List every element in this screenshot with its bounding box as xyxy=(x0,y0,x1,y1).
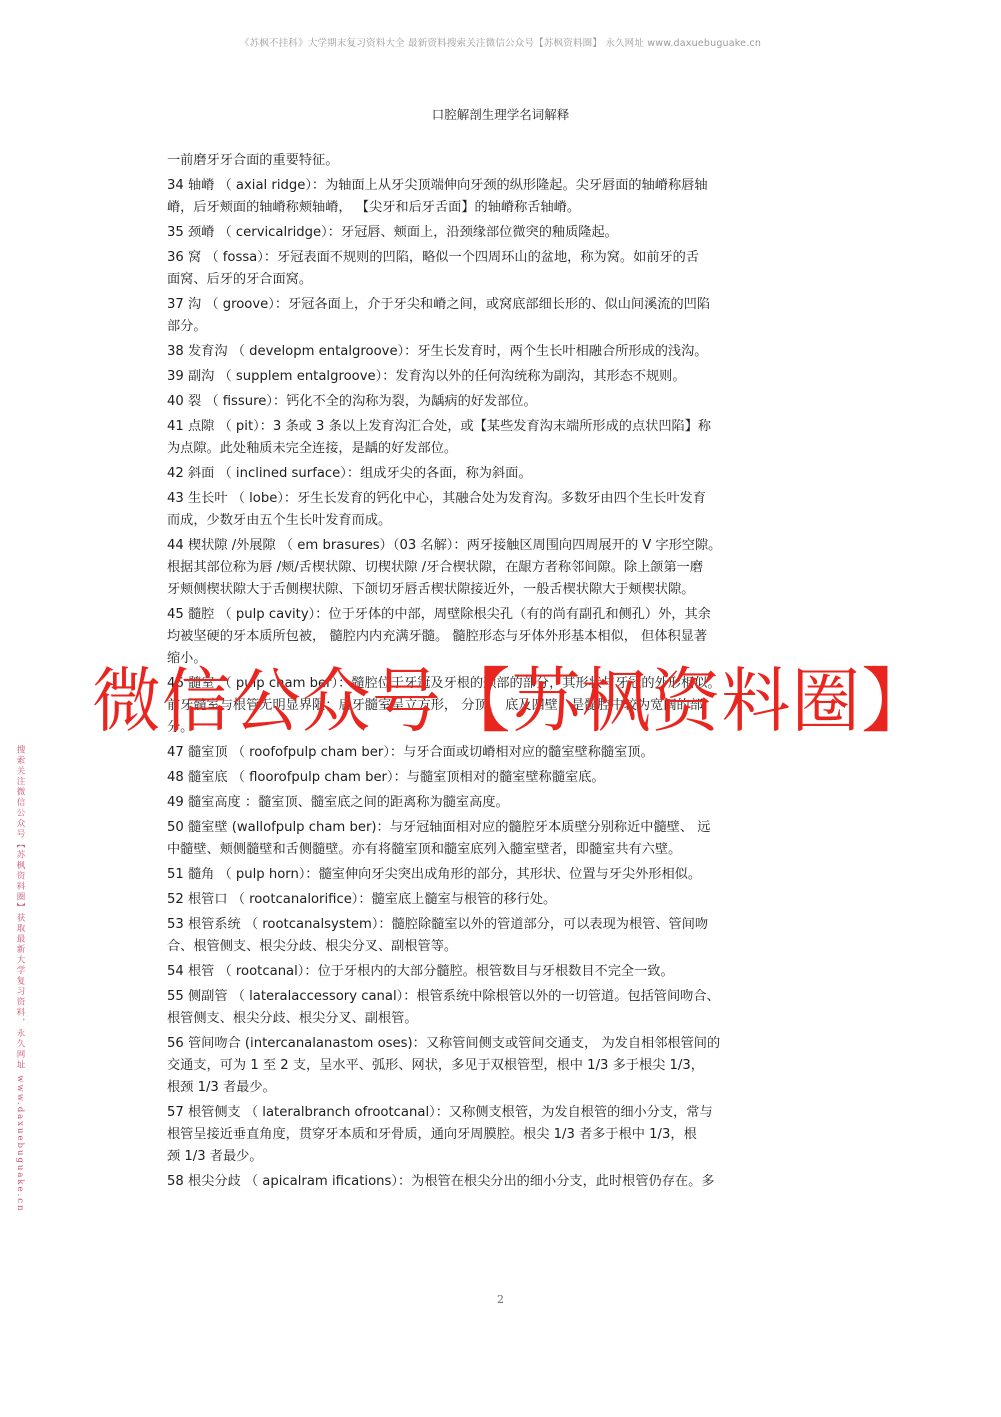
entry-line: 57 根管侧支 （ lateralbranch ofrootcanal）：又称侧… xyxy=(167,1102,847,1124)
entry-line: 颈 1/3 者最少。 xyxy=(167,1146,847,1168)
glossary-entry: 51 髓角 （ pulp horn）：髓室伸向牙尖突出成角形的部分，其形状、位置… xyxy=(167,864,847,886)
red-watermark: 微信公众号【苏枫资料圈】 xyxy=(92,660,880,742)
glossary-entry: 55 侧副管 （ lateralaccessory canal）：根管系统中除根… xyxy=(167,986,847,1030)
entry-line: 面窝、后牙的牙合面窝。 xyxy=(167,269,847,291)
entry-line: 根管呈接近垂直角度，贯穿牙本质和牙骨质，通向牙周膜腔。根尖 1/3 者多于根中 … xyxy=(167,1124,847,1146)
entry-line: 嵴，后牙颊面的轴嵴称颊轴嵴， 【尖牙和后牙舌面】的轴嵴称舌轴嵴。 xyxy=(167,197,847,219)
entry-line: 部分。 xyxy=(167,316,847,338)
page-number: 2 xyxy=(0,1293,1001,1306)
entry-line: 45 髓腔 （ pulp cavity）：位于牙体的中部，周壁除根尖孔（有的尚有… xyxy=(167,604,847,626)
glossary-entry: 34 轴嵴 （ axial ridge）：为轴面上从牙尖顶端伸向牙颈的纵形隆起。… xyxy=(167,175,847,219)
glossary-entry: 40 裂 （ fissure）：钙化不全的沟称为裂，为龋病的好发部位。 xyxy=(167,391,847,413)
glossary-entry: 38 发育沟 （ developm entalgroove）：牙生长发育时，两个… xyxy=(167,341,847,363)
entry-line: 35 颈嵴 （ cervicalridge）：牙冠唇、颊面上，沿颈缘部位微突的釉… xyxy=(167,222,847,244)
entry-line: 37 沟 （ groove）：牙冠各面上，介于牙尖和嵴之间，或窝底部细长形的、似… xyxy=(167,294,847,316)
entry-line: 36 窝 （ fossa）：牙冠表面不规则的凹陷，略似一个四周环山的盆地，称为窝… xyxy=(167,247,847,269)
glossary-entry: 54 根管 （ rootcanal）：位于牙根内的大部分髓腔。根管数目与牙根数目… xyxy=(167,961,847,983)
document-title: 口腔解剖生理学名词解释 xyxy=(0,105,1001,123)
entry-line: 49 髓室高度 ：髓室顶、髓室底之间的距离称为髓室高度。 xyxy=(167,792,847,814)
entry-line: 中髓壁、颊侧髓壁和舌侧髓壁。亦有将髓室顶和髓室底列入髓室壁者，即髓室共有六壁。 xyxy=(167,839,847,861)
entry-line: 均被坚硬的牙本质所包被， 髓腔内内充满牙髓。 髓腔形态与牙体外形基本相似， 但体… xyxy=(167,626,847,648)
glossary-entry: 47 髓室顶 （ roofofpulp cham ber）：与牙合面或切嵴相对应… xyxy=(167,742,847,764)
entry-line: 41 点隙 （ pit）：3 条或 3 条以上发育沟汇合处，或【某些发育沟末端所… xyxy=(167,416,847,438)
entry-line: 51 髓角 （ pulp horn）：髓室伸向牙尖突出成角形的部分，其形状、位置… xyxy=(167,864,847,886)
glossary-entry: 一前磨牙牙合面的重要特征。 xyxy=(167,150,847,172)
entry-line: 根管侧支、根尖分歧、根尖分叉、副根管。 xyxy=(167,1008,847,1030)
glossary-entry: 37 沟 （ groove）：牙冠各面上，介于牙尖和嵴之间，或窝底部细长形的、似… xyxy=(167,294,847,338)
entry-line: 43 生长叶 （ lobe）：牙生长发育的钙化中心，其融合处为发育沟。多数牙由四… xyxy=(167,488,847,510)
glossary-entry: 56 管间吻合 (intercanalanastom oses)：又称管间侧支或… xyxy=(167,1033,847,1099)
entry-line: 合、根管侧支、根尖分歧、根尖分叉、副根管等。 xyxy=(167,936,847,958)
entry-line: 53 根管系统 （ rootcanalsystem）：髓腔除髓室以外的管道部分，… xyxy=(167,914,847,936)
entry-line: 根颈 1/3 者最少。 xyxy=(167,1077,847,1099)
entry-line: 47 髓室顶 （ roofofpulp cham ber）：与牙合面或切嵴相对应… xyxy=(167,742,847,764)
entry-line: 40 裂 （ fissure）：钙化不全的沟称为裂，为龋病的好发部位。 xyxy=(167,391,847,413)
glossary-entry: 50 髓室壁 (wallofpulp cham ber)：与牙冠轴面相对应的髓腔… xyxy=(167,817,847,861)
site-banner: 《苏枫不挂科》大学期末复习资料大全 最新资料搜索关注微信公众号【苏枫资料圈】 永… xyxy=(0,35,1001,49)
glossary-entry: 53 根管系统 （ rootcanalsystem）：髓腔除髓室以外的管道部分，… xyxy=(167,914,847,958)
glossary-entry: 36 窝 （ fossa）：牙冠表面不规则的凹陷，略似一个四周环山的盆地，称为窝… xyxy=(167,247,847,291)
glossary-entry: 35 颈嵴 （ cervicalridge）：牙冠唇、颊面上，沿颈缘部位微突的釉… xyxy=(167,222,847,244)
glossary-entry: 41 点隙 （ pit）：3 条或 3 条以上发育沟汇合处，或【某些发育沟末端所… xyxy=(167,416,847,460)
entry-line: 根据其部位称为唇 /颊/舌楔状隙、切楔状隙 /牙合楔状隙，在龈方者称邻间隙。除上… xyxy=(167,557,847,579)
entry-line: 牙颊侧楔状隙大于舌侧楔状隙、下颌切牙唇舌楔状隙接近外，一般舌楔状隙大于颊楔状隙。 xyxy=(167,579,847,601)
entry-line: 34 轴嵴 （ axial ridge）：为轴面上从牙尖顶端伸向牙颈的纵形隆起。… xyxy=(167,175,847,197)
entry-line: 一前磨牙牙合面的重要特征。 xyxy=(167,150,847,172)
glossary-entry: 52 根管口 （ rootcanalorifice）：髓室底上髓室与根管的移行处… xyxy=(167,889,847,911)
entry-line: 50 髓室壁 (wallofpulp cham ber)：与牙冠轴面相对应的髓腔… xyxy=(167,817,847,839)
glossary-entry: 43 生长叶 （ lobe）：牙生长发育的钙化中心，其融合处为发育沟。多数牙由四… xyxy=(167,488,847,532)
glossary-entry: 49 髓室高度 ：髓室顶、髓室底之间的距离称为髓室高度。 xyxy=(167,792,847,814)
entry-line: 交通支，可为 1 至 2 支，呈水平、弧形、网状，多见于双根管型，根中 1/3 … xyxy=(167,1055,847,1077)
glossary-entry: 57 根管侧支 （ lateralbranch ofrootcanal）：又称侧… xyxy=(167,1102,847,1168)
entry-line: 38 发育沟 （ developm entalgroove）：牙生长发育时，两个… xyxy=(167,341,847,363)
entry-line: 54 根管 （ rootcanal）：位于牙根内的大部分髓腔。根管数目与牙根数目… xyxy=(167,961,847,983)
glossary-entry: 39 副沟 （ supplem entalgroove）：发育沟以外的任何沟统称… xyxy=(167,366,847,388)
entry-line: 56 管间吻合 (intercanalanastom oses)：又称管间侧支或… xyxy=(167,1033,847,1055)
entry-line: 42 斜面 （ inclined surface）：组成牙尖的各面，称为斜面。 xyxy=(167,463,847,485)
entry-line: 52 根管口 （ rootcanalorifice）：髓室底上髓室与根管的移行处… xyxy=(167,889,847,911)
glossary-entry: 48 髓室底 （ floorofpulp cham ber）：与髓室顶相对的髓室… xyxy=(167,767,847,789)
entry-line: 48 髓室底 （ floorofpulp cham ber）：与髓室顶相对的髓室… xyxy=(167,767,847,789)
glossary-entry: 44 楔状隙 /外展隙 （ em brasures）（03 名解）：两牙接触区周… xyxy=(167,535,847,601)
entry-line: 44 楔状隙 /外展隙 （ em brasures）（03 名解）：两牙接触区周… xyxy=(167,535,847,557)
entry-line: 而成，少数牙由五个生长叶发育而成。 xyxy=(167,510,847,532)
entry-line: 39 副沟 （ supplem entalgroove）：发育沟以外的任何沟统称… xyxy=(167,366,847,388)
glossary-entry: 58 根尖分歧 （ apicalram ifications）：为根管在根尖分出… xyxy=(167,1171,847,1193)
entry-line: 55 侧副管 （ lateralaccessory canal）：根管系统中除根… xyxy=(167,986,847,1008)
vertical-side-note: 搜索关注微信公众号【苏枫资料圈】获取最新大学复习资料，永久网址 www.daxu… xyxy=(14,745,26,1213)
glossary-entry: 42 斜面 （ inclined surface）：组成牙尖的各面，称为斜面。 xyxy=(167,463,847,485)
entry-line: 58 根尖分歧 （ apicalram ifications）：为根管在根尖分出… xyxy=(167,1171,847,1193)
entry-line: 为点隙。此处釉质未完全连接，是龋的好发部位。 xyxy=(167,438,847,460)
